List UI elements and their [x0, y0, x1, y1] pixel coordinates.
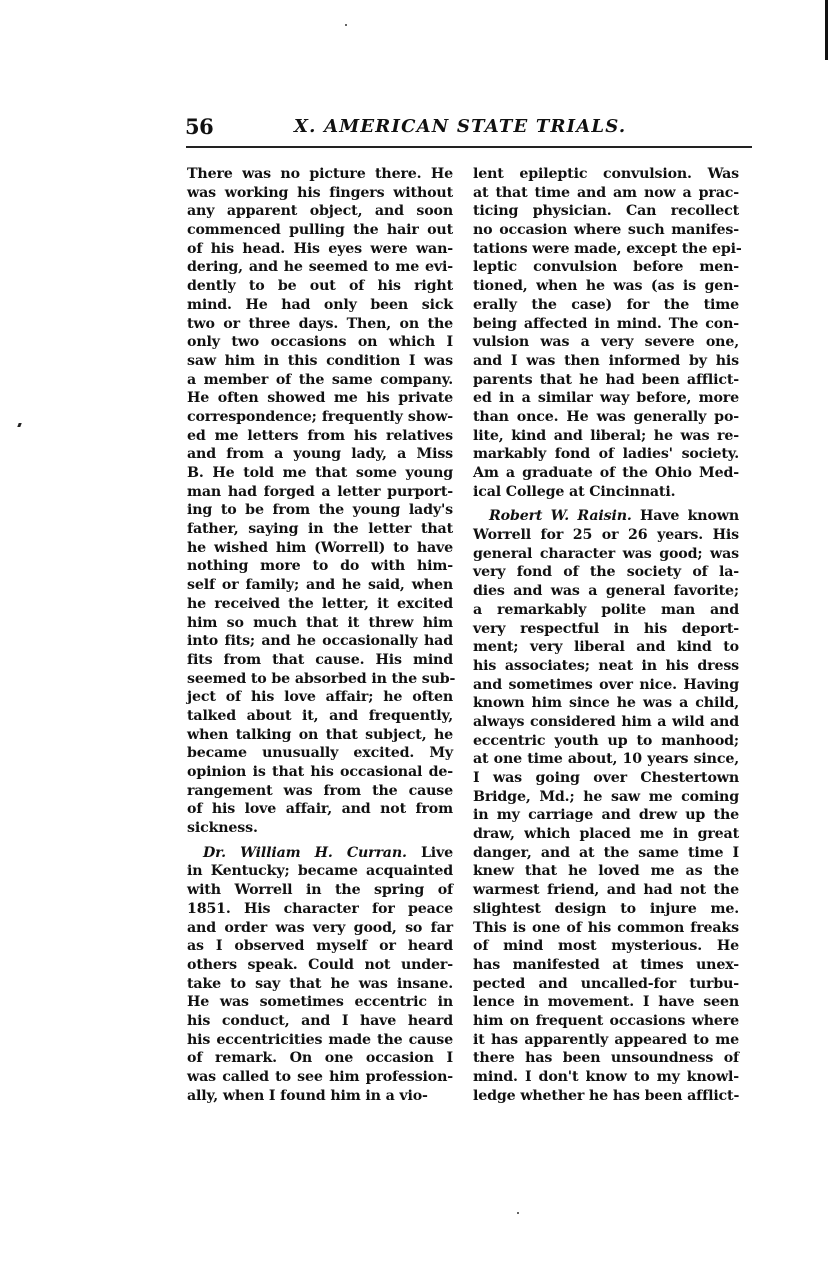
text-line: He was sometimes eccentric in: [187, 993, 453, 1012]
text-line: talked about it, and frequently,: [187, 707, 453, 726]
text-line: any apparent object, and soon: [187, 202, 453, 221]
text-line: he wished him (Worrell) to have: [187, 539, 453, 558]
text-line: man had forged a letter purport-: [187, 483, 453, 502]
text-line: has manifested at times unex-: [473, 956, 739, 975]
text-line: correspondence; frequently show-: [187, 408, 453, 427]
text-line: became unusually excited. My: [187, 744, 453, 763]
text-line: ticing physician. Can recollect: [473, 202, 739, 221]
text-line: This is one of his common freaks: [473, 919, 739, 938]
text-line: and order was very good, so far: [187, 919, 453, 938]
text-line: mind. He had only been sick: [187, 296, 453, 315]
text-line: Worrell for 25 or 26 years. His: [473, 526, 739, 545]
text-line: him so much that it threw him: [187, 614, 453, 633]
text-line: it has apparently appeared to me: [473, 1031, 739, 1050]
text-line: of remark. On one occasion I: [187, 1049, 453, 1068]
text-line: him on frequent occasions where: [473, 1012, 739, 1031]
text-line: ally, when I found him in a vio-: [187, 1087, 453, 1106]
text-line: he received the letter, it excited: [187, 595, 453, 614]
page-number: 56: [185, 114, 213, 139]
text-line: erally the case) for the time: [473, 296, 739, 315]
text-line: a remarkably polite man and: [473, 601, 739, 620]
text-line: sickness.: [187, 819, 453, 838]
text-line: only two occasions on which I: [187, 333, 453, 352]
text-line: warmest friend, and had not the: [473, 881, 739, 900]
text-line: take to say that he was insane.: [187, 975, 453, 994]
text-line: draw, which placed me in great: [473, 825, 739, 844]
text-line: He often showed me his private: [187, 389, 453, 408]
text-line: was working his fingers without: [187, 184, 453, 203]
text-line: ment; very liberal and kind to: [473, 638, 739, 657]
text-line: two or three days. Then, on the: [187, 315, 453, 334]
text-line: there has been unsoundness of: [473, 1049, 739, 1068]
paragraph-cont: There was no picture there. Hewas workin…: [187, 165, 453, 838]
text-line: saw him in this condition I was: [187, 352, 453, 371]
text-line: than once. He was generally po-: [473, 408, 739, 427]
text-line: 1851. His character for peace: [187, 900, 453, 919]
text-line: general character was good; was: [473, 545, 739, 564]
right-column: lent epileptic convulsion. Wasat that ti…: [473, 165, 739, 1105]
text-line: dently to be out of his right: [187, 277, 453, 296]
text-line: dering, and he seemed to me evi-: [187, 258, 453, 277]
text-line: his eccentricities made the cause: [187, 1031, 453, 1050]
text-line: seemed to be absorbed in the sub-: [187, 670, 453, 689]
text-line: as I observed myself or heard: [187, 937, 453, 956]
stray-ink-mark: [17, 423, 21, 427]
text-line: tioned, when he was (as is gen-: [473, 277, 739, 296]
text-line: ed me letters from his relatives: [187, 427, 453, 446]
text-line: rangement was from the cause: [187, 782, 453, 801]
text-line: pected and uncalled-for turbu-: [473, 975, 739, 994]
paragraph-testimony-curran: Dr. William H. Curran. Live in Kentucky;…: [187, 844, 453, 1106]
text-line: his conduct, and I have heard: [187, 1012, 453, 1031]
text-line: leptic convulsion before men-: [473, 258, 739, 277]
text-line: I was going over Chestertown: [473, 769, 739, 788]
running-title: X. AMERICAN STATE TRIALS.: [294, 116, 626, 137]
stray-dot: [517, 1212, 519, 1214]
text-line: slightest design to injure me.: [473, 900, 739, 919]
left-column: There was no picture there. Hewas workin…: [187, 165, 453, 1105]
text-line: father, saying in the letter that: [187, 520, 453, 539]
page-edge-line: [825, 0, 828, 60]
text-line: known him since he was a child,: [473, 694, 739, 713]
text-line: at one time about, 10 years since,: [473, 750, 739, 769]
text-line: when talking on that subject, he: [187, 726, 453, 745]
text-line: Am a graduate of the Ohio Med-: [473, 464, 739, 483]
text-line: always considered him a wild and: [473, 713, 739, 732]
text-line: of his head. His eyes were wan-: [187, 240, 453, 259]
text-line: ledge whether he has been afflict-: [473, 1087, 739, 1106]
text-line: self or family; and he said, when: [187, 576, 453, 595]
text-line: and I was then informed by his: [473, 352, 739, 371]
text-line: of mind most mysterious. He: [473, 937, 739, 956]
text-line: his associates; neat in his dress: [473, 657, 739, 676]
text-line: dies and was a general favorite;: [473, 582, 739, 601]
text-line: with Worrell in the spring of: [187, 881, 453, 900]
text-line: Bridge, Md.; he saw me coming: [473, 788, 739, 807]
text-line: no occasion where such manifes-: [473, 221, 739, 240]
text-line: ed in a similar way before, more: [473, 389, 739, 408]
text-line: lence in movement. I have seen: [473, 993, 739, 1012]
text-line: others speak. Could not under-: [187, 956, 453, 975]
text-line: very respectful in his deport-: [473, 620, 739, 639]
text-line: ject of his love affair; he often: [187, 688, 453, 707]
header-rule: [186, 146, 752, 148]
text-line: lite, kind and liberal; he was re-: [473, 427, 739, 446]
text-line: B. He told me that some young: [187, 464, 453, 483]
text-line: fits from that cause. His mind: [187, 651, 453, 670]
text-line: of his love affair, and not from: [187, 800, 453, 819]
text-line: ical College at Cincinnati.: [473, 483, 739, 502]
text-line: tations were made, except the epi-: [473, 240, 739, 259]
text-line: vulsion was a very severe one,: [473, 333, 739, 352]
text-line: into fits; and he occasionally had: [187, 632, 453, 651]
stray-dot: [345, 24, 347, 26]
text-line: markably fond of ladies' society.: [473, 445, 739, 464]
text-line: at that time and am now a prac-: [473, 184, 739, 203]
text-line: opinion is that his occasional de-: [187, 763, 453, 782]
paragraph-testimony-raisin: Robert W. Raisin. Have known Worrell for…: [473, 507, 739, 1105]
text-line: ing to be from the young lady's: [187, 501, 453, 520]
text-line: nothing more to do with him-: [187, 557, 453, 576]
text-line: and from a young lady, a Miss: [187, 445, 453, 464]
page-header: 56 X. AMERICAN STATE TRIALS.: [185, 114, 751, 144]
text-line: commenced pulling the hair out: [187, 221, 453, 240]
paragraph-cont: lent epileptic convulsion. Wasat that ti…: [473, 165, 739, 501]
text-line: lent epileptic convulsion. Was: [473, 165, 739, 184]
speaker-name: Dr. William H. Curran.: [203, 845, 407, 861]
text-line: and sometimes over nice. Having: [473, 676, 739, 695]
text-line: knew that he loved me as the: [473, 862, 739, 881]
speaker-name: Robert W. Raisin.: [489, 508, 632, 524]
text-line: mind. I don't know to my knowl-: [473, 1068, 739, 1087]
text-line: eccentric youth up to manhood;: [473, 732, 739, 751]
text-line: Robert W. Raisin. Have known: [473, 507, 739, 526]
text-line: Dr. William H. Curran. Live: [187, 844, 453, 863]
text-line: a member of the same company.: [187, 371, 453, 390]
text-line: There was no picture there. He: [187, 165, 453, 184]
text-line: being affected in mind. The con-: [473, 315, 739, 334]
text-line: very fond of the society of la-: [473, 563, 739, 582]
text-line: in my carriage and drew up the: [473, 806, 739, 825]
text-line: parents that he had been afflict-: [473, 371, 739, 390]
text-line: was called to see him profession-: [187, 1068, 453, 1087]
text-line: in Kentucky; became acquainted: [187, 862, 453, 881]
text-line: danger, and at the same time I: [473, 844, 739, 863]
